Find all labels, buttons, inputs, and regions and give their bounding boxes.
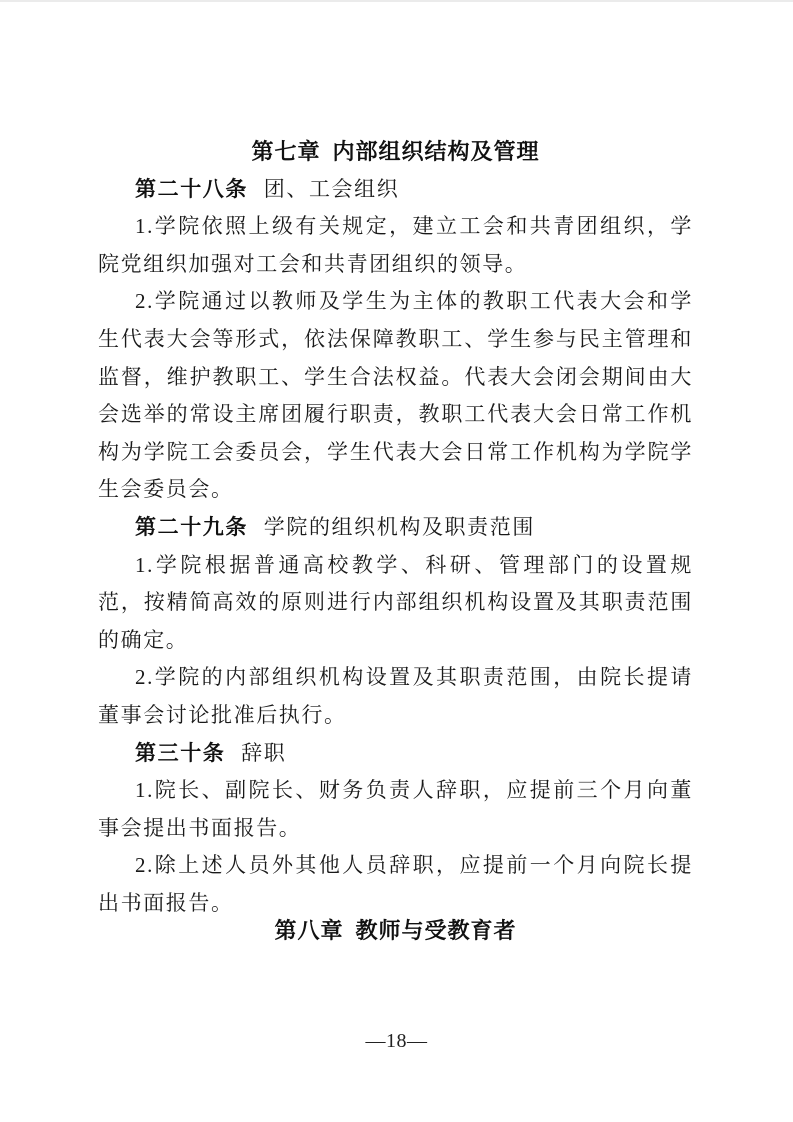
article-28-paragraph-1: 1.学院依照上级有关规定，建立工会和共青团组织，学院党组织加强对工会和共青团组织… xyxy=(98,208,693,283)
article-30-paragraph-1: 1.院长、副院长、财务负责人辞职，应提前三个月向董事会提出书面报告。 xyxy=(98,772,693,847)
article-29-number: 第二十九条 xyxy=(135,515,248,539)
document-page: 第七章内部组织结构及管理 第二十八条团、工会组织 1.学院依照上级有关规定，建立… xyxy=(0,0,793,1122)
article-30-heading: 第三十条辞职 xyxy=(98,735,693,773)
article-28-number: 第二十八条 xyxy=(135,177,248,201)
article-29-heading: 第二十九条学院的组织机构及职责范围 xyxy=(98,509,693,547)
article-29-paragraph-2: 2.学院的内部组织机构设置及其职责范围，由院长提请董事会讨论批准后执行。 xyxy=(98,659,693,734)
scan-edge-artifact xyxy=(0,0,793,2)
article-28-heading: 第二十八条团、工会组织 xyxy=(98,171,693,209)
article-28-title: 团、工会组织 xyxy=(264,177,400,201)
article-30-number: 第三十条 xyxy=(135,741,225,765)
article-30-paragraph-2: 2.除上述人员外其他人员辞职，应提前一个月向院长提出书面报告。 xyxy=(98,847,693,922)
chapter-7-name: 内部组织结构及管理 xyxy=(333,139,540,164)
article-29-title: 学院的组织机构及职责范围 xyxy=(264,515,535,539)
chapter-7-heading: 第七章内部组织结构及管理 xyxy=(98,133,693,171)
article-29-paragraph-1: 1.学院根据普通高校教学、科研、管理部门的设置规范，按精简高效的原则进行内部组织… xyxy=(98,547,693,660)
page-number: —18— xyxy=(0,1030,793,1053)
chapter-7-label: 第七章 xyxy=(251,139,320,164)
chapter-8-name: 教师与受教育者 xyxy=(356,918,517,943)
article-30-title: 辞职 xyxy=(241,741,286,765)
page-content: 第七章内部组织结构及管理 第二十八条团、工会组织 1.学院依照上级有关规定，建立… xyxy=(98,133,693,950)
article-28-paragraph-2: 2.学院通过以教师及学生为主体的教职工代表大会和学生代表大会等形式，依法保障教职… xyxy=(98,283,693,509)
chapter-8-label: 第八章 xyxy=(274,918,343,943)
